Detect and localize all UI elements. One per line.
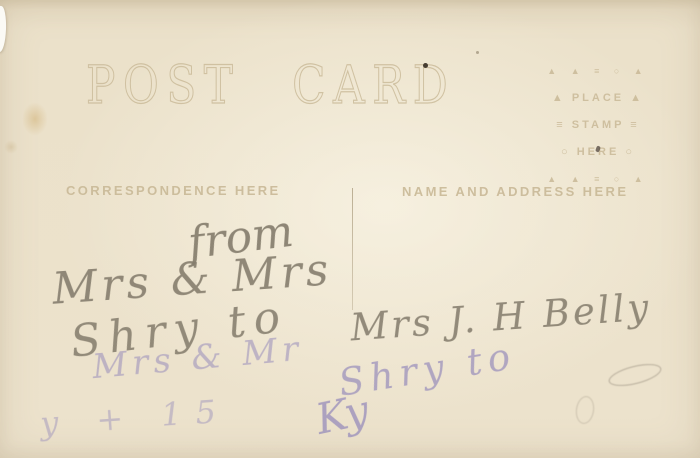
ink-speck xyxy=(476,51,479,54)
center-divider-line xyxy=(352,188,353,310)
foxing-stain xyxy=(22,102,48,136)
foxing-stain xyxy=(4,140,18,154)
stamp-box-ornament-top: ▲ ▲ ≡ ○ ▲ xyxy=(540,58,656,85)
stamp-box: ▲ ▲ ≡ ○ ▲ ▲ PLACE ▲ ≡ STAMP ≡ ○ HERE ○ ▲… xyxy=(540,58,656,193)
stamp-box-line-place: ▲ PLACE ▲ xyxy=(540,85,656,112)
handwriting-address-line3: Ky xyxy=(311,385,372,444)
postcard-title: POST CARD xyxy=(86,56,455,116)
postcard-back: POST CARD ▲ ▲ ≡ ○ ▲ ▲ PLACE ▲ ≡ STAMP ≡ … xyxy=(0,0,700,458)
correspondence-label: CORRESPONDENCE HERE xyxy=(66,183,281,198)
name-address-label: NAME AND ADDRESS HERE xyxy=(402,184,628,199)
handwriting-faint-marks: y + 15 xyxy=(39,391,231,442)
ink-speck xyxy=(423,63,428,68)
pencil-flourish xyxy=(574,395,596,425)
torn-edge-notch xyxy=(0,6,7,52)
stamp-box-line-here: ○ HERE ○ xyxy=(540,139,656,166)
pencil-flourish xyxy=(607,360,664,391)
stamp-box-line-stamp: ≡ STAMP ≡ xyxy=(540,112,656,139)
